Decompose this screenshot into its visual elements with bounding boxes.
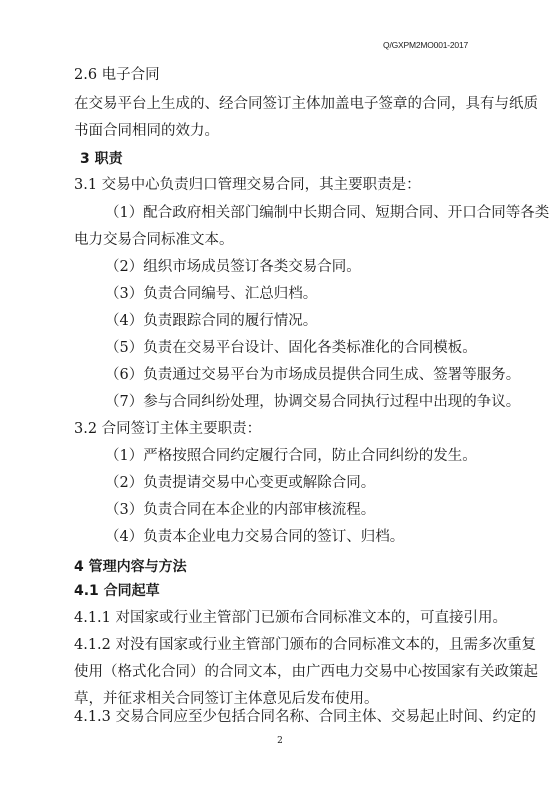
page-number: 2 bbox=[0, 736, 560, 746]
section-3-1-item: （1）配合政府相关部门编制中长期合同、短期合同、开口合同等各类 bbox=[105, 204, 549, 222]
section-3-1-item-cont: 电力交易合同标准文本。 bbox=[74, 231, 234, 249]
section-3-heading: 3 职责 bbox=[80, 150, 123, 168]
section-4-heading: 4 管理内容与方法 bbox=[74, 558, 187, 576]
clause-4-1-2-cont: 使用（格式化合同）的合同文本，由广西电力交易中心按国家有关政策起 bbox=[74, 663, 538, 681]
clause-4-1-1: 4.1.1 对国家或行业主管部门已颁布合同标准文本的，可直接引用。 bbox=[74, 609, 507, 627]
section-3-1-item: （6）负责通过交易平台为市场成员提供合同生成、签署等服务。 bbox=[105, 366, 520, 384]
clause-4-1-2: 4.1.2 对没有国家或行业主管部门颁布的合同标准文本的，且需多次重复 bbox=[74, 636, 536, 654]
section-2-6-title: 2.6 电子合同 bbox=[74, 66, 160, 84]
clause-4-1-2-cont: 草，并征求相关合同签订主体意见后发布使用。 bbox=[74, 690, 379, 708]
section-3-2-item: （3）负责合同在本企业的内部审核流程。 bbox=[105, 501, 375, 519]
section-3-2-title: 3.2 合同签订主体主要职责： bbox=[74, 420, 261, 438]
section-3-1-item: （7）参与合同纠纷处理，协调交易合同执行过程中出现的争议。 bbox=[105, 393, 520, 411]
section-3-1-item: （4）负责跟踪合同的履行情况。 bbox=[105, 312, 317, 330]
section-3-2-item: （4）负责本企业电力交易合同的签订、归档。 bbox=[105, 528, 404, 546]
section-2-6-body-line: 书面合同相同的效力。 bbox=[74, 122, 219, 140]
section-3-2-item: （2）负责提请交易中心变更或解除合同。 bbox=[105, 474, 375, 492]
section-4-1-heading: 4.1 合同起草 bbox=[74, 582, 160, 600]
section-3-1-title: 3.1 交易中心负责归口管理交易合同，其主要职责是： bbox=[74, 176, 421, 194]
section-3-2-item: （1）严格按照合同约定履行合同，防止合同纠纷的发生。 bbox=[105, 447, 477, 465]
section-2-6-body-line: 在交易平台上生成的、经合同签订主体加盖电子签章的合同，具有与纸质 bbox=[74, 95, 538, 113]
section-3-1-item: （2）组织市场成员签订各类交易合同。 bbox=[105, 258, 361, 276]
clause-4-1-3: 4.1.3 交易合同应至少包括合同名称、合同主体、交易起止时间、约定的 bbox=[74, 708, 536, 726]
document-code: Q/GXPM2MO001-2017 bbox=[383, 40, 468, 50]
section-3-1-item: （3）负责合同编号、汇总归档。 bbox=[105, 285, 317, 303]
section-3-1-item: （5）负责在交易平台设计、固化各类标准化的合同模板。 bbox=[105, 339, 477, 357]
